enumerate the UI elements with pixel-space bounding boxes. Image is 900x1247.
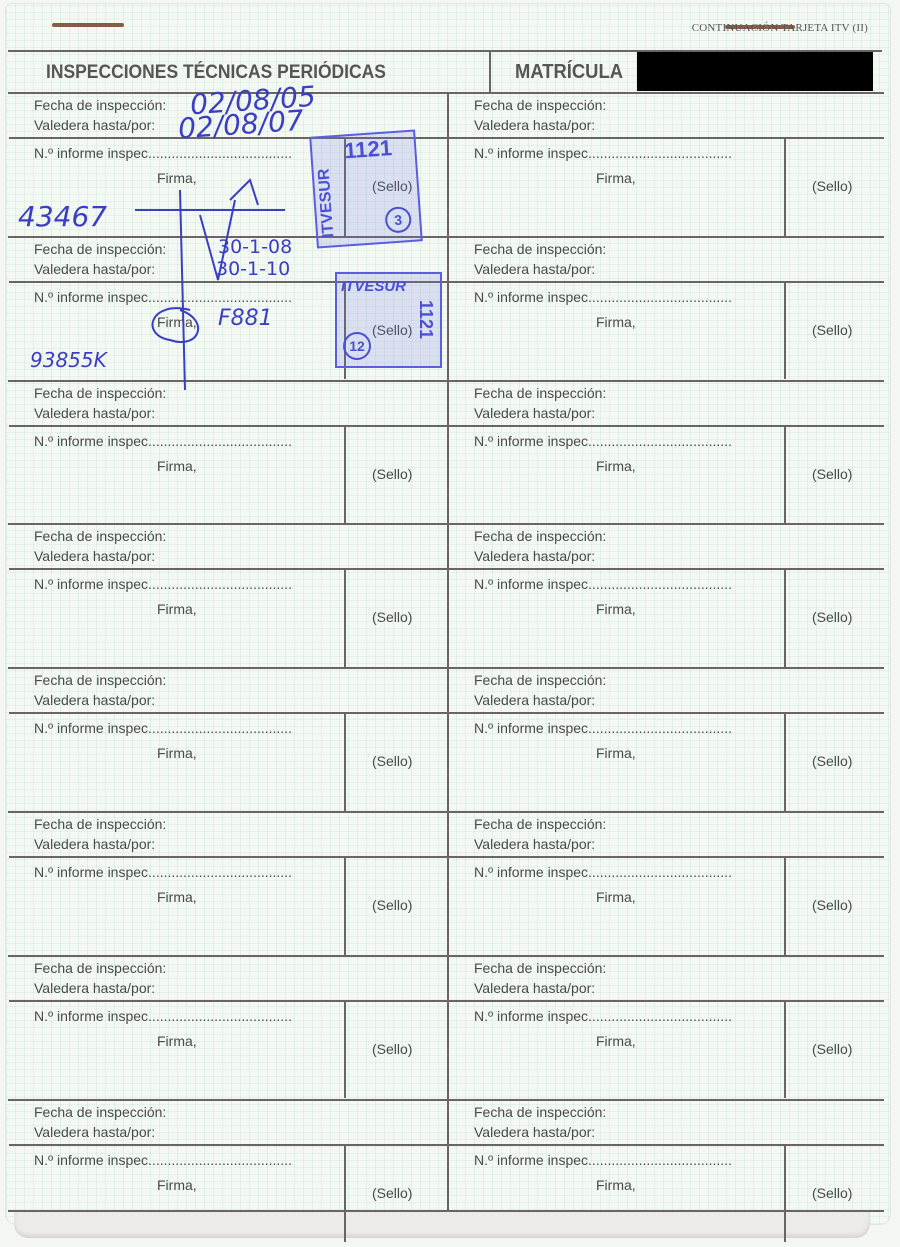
- seal-label: (Sello): [812, 1185, 852, 1201]
- rule: [784, 568, 786, 667]
- inspection-date-label: Fecha de inspección:: [474, 241, 606, 257]
- report-number-label: N.º informe inspec......................…: [474, 1152, 732, 1168]
- signature-label: Firma,: [596, 889, 636, 905]
- rule: [784, 1144, 786, 1243]
- report-number-label: N.º informe inspec......................…: [34, 145, 292, 161]
- seal-label: (Sello): [812, 322, 852, 338]
- rule: [784, 712, 786, 811]
- rule: [784, 137, 786, 236]
- valid-until-label: Valedera hasta/por:: [474, 980, 595, 996]
- inspection-date-label: Fecha de inspección:: [474, 816, 606, 832]
- signature-label: Firma,: [157, 1033, 197, 1049]
- valid-until-label: Valedera hasta/por:: [474, 692, 595, 708]
- signature-label: Firma,: [157, 1177, 197, 1193]
- rule: [8, 92, 884, 94]
- valid-until-label: Valedera hasta/por:: [34, 117, 155, 133]
- valid-until-label: Valedera hasta/por:: [34, 692, 155, 708]
- seal-label: (Sello): [372, 1041, 412, 1057]
- rule: [784, 856, 786, 955]
- signature-label: Firma,: [157, 601, 197, 617]
- seal-label: (Sello): [812, 1041, 852, 1057]
- seal-label: (Sello): [812, 753, 852, 769]
- rule: [448, 568, 884, 570]
- report-number-label: N.º informe inspec......................…: [34, 864, 292, 880]
- signature-label: Firma,: [157, 458, 197, 474]
- rule: [784, 425, 786, 524]
- signature-label: Firma,: [596, 1177, 636, 1193]
- signature-label: Firma,: [596, 314, 636, 330]
- report-number-label: N.º informe inspec......................…: [474, 864, 732, 880]
- page-title: INSPECCIONES TÉCNICAS PERIÓDICAS: [46, 62, 386, 84]
- report-number-label: N.º informe inspec......................…: [34, 1008, 292, 1024]
- rule: [8, 523, 884, 525]
- rule: [8, 1099, 884, 1101]
- inspection-date-label: Fecha de inspección:: [474, 960, 606, 976]
- inspection-date-label: Fecha de inspección:: [474, 672, 606, 688]
- rule: [784, 1000, 786, 1099]
- valid-until-label: Valedera hasta/por:: [474, 836, 595, 852]
- signature-label: Firma,: [157, 745, 197, 761]
- rule: [8, 1210, 884, 1212]
- seal-label: (Sello): [372, 753, 412, 769]
- valid-until-label: Valedera hasta/por:: [34, 548, 155, 564]
- inspection-date-label: Fecha de inspección:: [474, 1104, 606, 1120]
- rule: [9, 1144, 447, 1146]
- inspection-date-label: Fecha de inspección:: [34, 816, 166, 832]
- inspection-date-label: Fecha de inspección:: [34, 960, 166, 976]
- valid-until-label: Valedera hasta/por:: [34, 405, 155, 421]
- signature-label: Firma,: [596, 601, 636, 617]
- itv-stamp: ITVESUR 1121 3: [309, 129, 423, 248]
- valid-until-label: Valedera hasta/por:: [474, 117, 595, 133]
- inspection-date-label: Fecha de inspección:: [34, 1104, 166, 1120]
- rule: [9, 856, 447, 858]
- report-number-label: N.º informe inspec......................…: [474, 145, 732, 161]
- staple-mark: [52, 23, 124, 27]
- handwritten-signature-number: F881: [218, 306, 273, 331]
- plate-redaction: [637, 52, 873, 91]
- rule: [489, 50, 491, 92]
- seal-label: (Sello): [372, 897, 412, 913]
- report-number-label: N.º informe inspec......................…: [34, 433, 292, 449]
- rule: [9, 1000, 447, 1002]
- itv-stamp: ITVESUR 1121 12: [335, 272, 442, 368]
- rule: [8, 955, 884, 957]
- seal-label: (Sello): [812, 178, 852, 194]
- valid-until-label: Valedera hasta/por:: [34, 980, 155, 996]
- rule: [344, 425, 346, 524]
- inspection-date-label: Fecha de inspección:: [474, 97, 606, 113]
- valid-until-label: Valedera hasta/por:: [34, 836, 155, 852]
- valid-until-label: Valedera hasta/por:: [474, 261, 595, 277]
- valid-until-label: Valedera hasta/por:: [474, 1124, 595, 1140]
- report-number-label: N.º informe inspec......................…: [34, 1152, 292, 1168]
- continuation-caption: CONTINUACIÓN TARJETA ITV (II): [692, 22, 868, 34]
- rule: [344, 1000, 346, 1099]
- rule: [448, 1000, 884, 1002]
- valid-until-label: Valedera hasta/por:: [34, 1124, 155, 1140]
- rule: [448, 856, 884, 858]
- rule: [9, 712, 447, 714]
- handwritten-valid-until: 30-1-10: [216, 258, 290, 280]
- inspection-date-label: Fecha de inspección:: [474, 385, 606, 401]
- report-number-label: N.º informe inspec......................…: [34, 576, 292, 592]
- inspection-date-label: Fecha de inspección:: [34, 672, 166, 688]
- signature-label: Firma,: [596, 745, 636, 761]
- valid-until-label: Valedera hasta/por:: [474, 548, 595, 564]
- seal-label: (Sello): [372, 1185, 412, 1201]
- inspection-date-label: Fecha de inspección:: [34, 528, 166, 544]
- rule: [448, 137, 884, 139]
- report-number-label: N.º informe inspec......................…: [474, 1008, 732, 1024]
- rule: [784, 281, 786, 380]
- rule: [448, 1144, 884, 1146]
- signature-scribble: [130, 160, 300, 400]
- report-number-label: N.º informe inspec......................…: [474, 433, 732, 449]
- seal-label: (Sello): [812, 466, 852, 482]
- signature-label: Firma,: [596, 170, 636, 186]
- rule: [344, 1144, 346, 1243]
- rule: [448, 712, 884, 714]
- rule: [447, 92, 449, 1210]
- valid-until-label: Valedera hasta/por:: [474, 405, 595, 421]
- card-bottom-edge: [14, 1212, 870, 1238]
- rule: [9, 568, 447, 570]
- seal-label: (Sello): [372, 466, 412, 482]
- report-number-label: N.º informe inspec......................…: [474, 289, 732, 305]
- rule: [448, 281, 884, 283]
- report-number-label: N.º informe inspec......................…: [474, 720, 732, 736]
- handwritten-annotation: 93855K: [30, 348, 107, 372]
- rule: [344, 712, 346, 811]
- inspection-date-label: Fecha de inspección:: [474, 528, 606, 544]
- plate-label: MATRÍCULA: [515, 61, 623, 84]
- rule: [9, 425, 447, 427]
- signature-label: Firma,: [157, 889, 197, 905]
- handwritten-inspection-date: 30-1-08: [218, 236, 292, 258]
- rule: [448, 425, 884, 427]
- rule: [8, 811, 884, 813]
- signature-label: Firma,: [596, 1033, 636, 1049]
- seal-label: (Sello): [372, 609, 412, 625]
- signature-label: Firma,: [596, 458, 636, 474]
- report-number-label: N.º informe inspec......................…: [34, 720, 292, 736]
- seal-label: (Sello): [812, 897, 852, 913]
- rule: [8, 667, 884, 669]
- seal-label: (Sello): [812, 609, 852, 625]
- report-number-label: N.º informe inspec......................…: [474, 576, 732, 592]
- handwritten-annotation: 43467: [18, 200, 107, 233]
- inspection-date-label: Fecha de inspección:: [34, 97, 166, 113]
- rule: [344, 856, 346, 955]
- rule: [344, 568, 346, 667]
